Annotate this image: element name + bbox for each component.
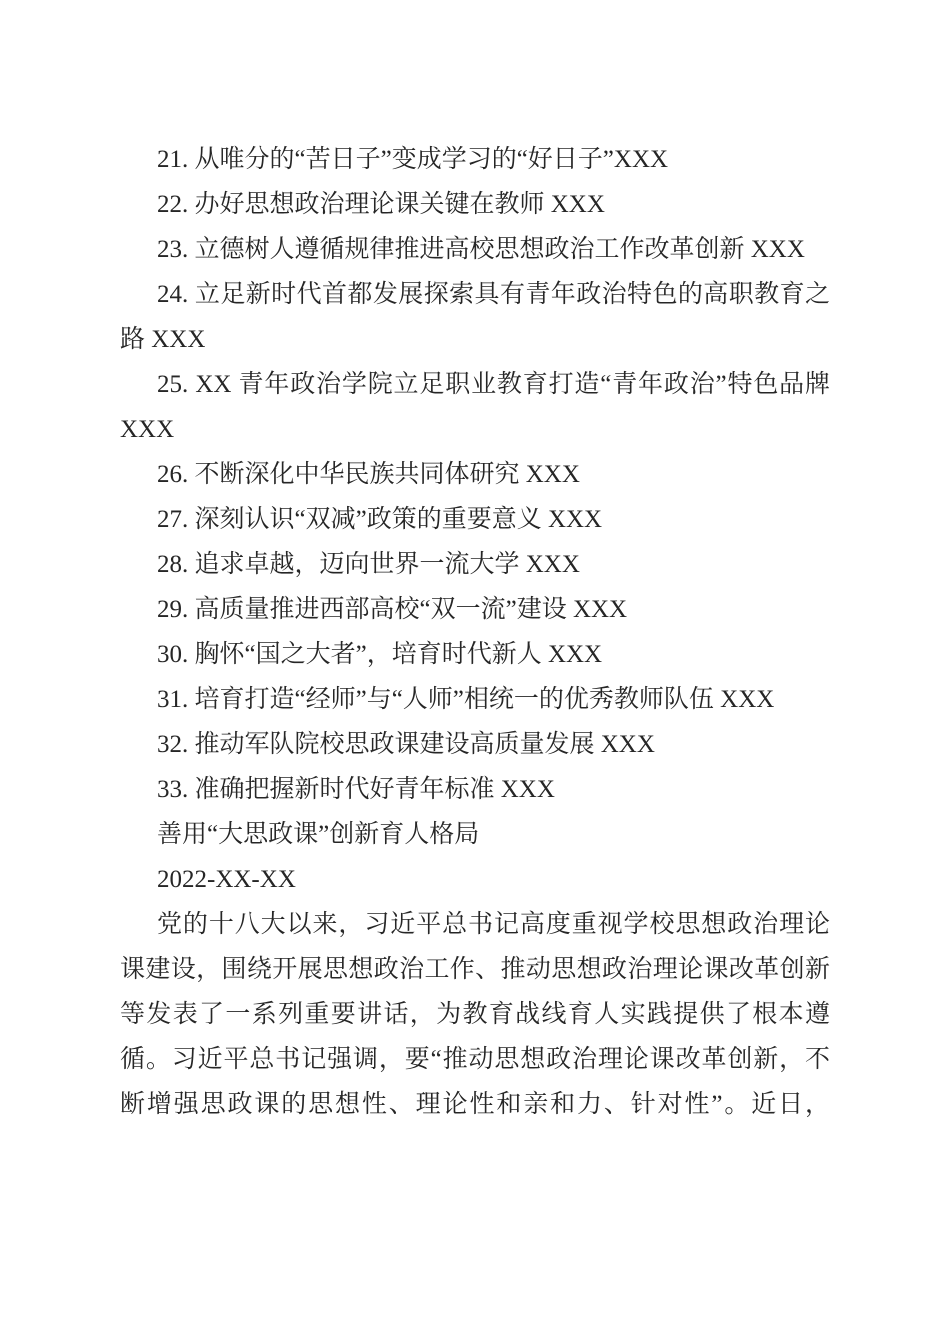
toc-item: 22. 办好思想政治理论课关键在教师 XXX [120,182,830,227]
article-title: 善用“大思政课”创新育人格局 [120,812,830,857]
toc-item: 30. 胸怀“国之大者”，培育时代新人 XXX [120,632,830,677]
toc-item: 31. 培育打造“经师”与“人师”相统一的优秀教师队伍 XXX [120,677,830,722]
document-page: 21. 从唯分的“苦日子”变成学习的“好日子”XXX 22. 办好思想政治理论课… [0,0,950,1344]
toc-item: 23. 立德树人遵循规律推进高校思想政治工作改革创新 XXX [120,227,830,272]
toc-item: 32. 推动军队院校思政课建设高质量发展 XXX [120,722,830,767]
toc-item: 25. XX 青年政治学院立足职业教育打造“青年政治”特色品牌 XXX [120,362,830,452]
toc-item: 27. 深刻认识“双减”政策的重要意义 XXX [120,497,830,542]
article-paragraph: 党的十八大以来，习近平总书记高度重视学校思想政治理论课建设，围绕开展思想政治工作… [120,902,830,1127]
toc-item: 33. 准确把握新时代好青年标准 XXX [120,767,830,812]
article-date: 2022-XX-XX [120,857,830,902]
toc-item: 29. 高质量推进西部高校“双一流”建设 XXX [120,587,830,632]
toc-item: 28. 追求卓越，迈向世界一流大学 XXX [120,542,830,587]
toc-item: 21. 从唯分的“苦日子”变成学习的“好日子”XXX [120,137,830,182]
toc-item: 26. 不断深化中华民族共同体研究 XXX [120,452,830,497]
toc-item: 24. 立足新时代首都发展探索具有青年政治特色的高职教育之路 XXX [120,272,830,362]
